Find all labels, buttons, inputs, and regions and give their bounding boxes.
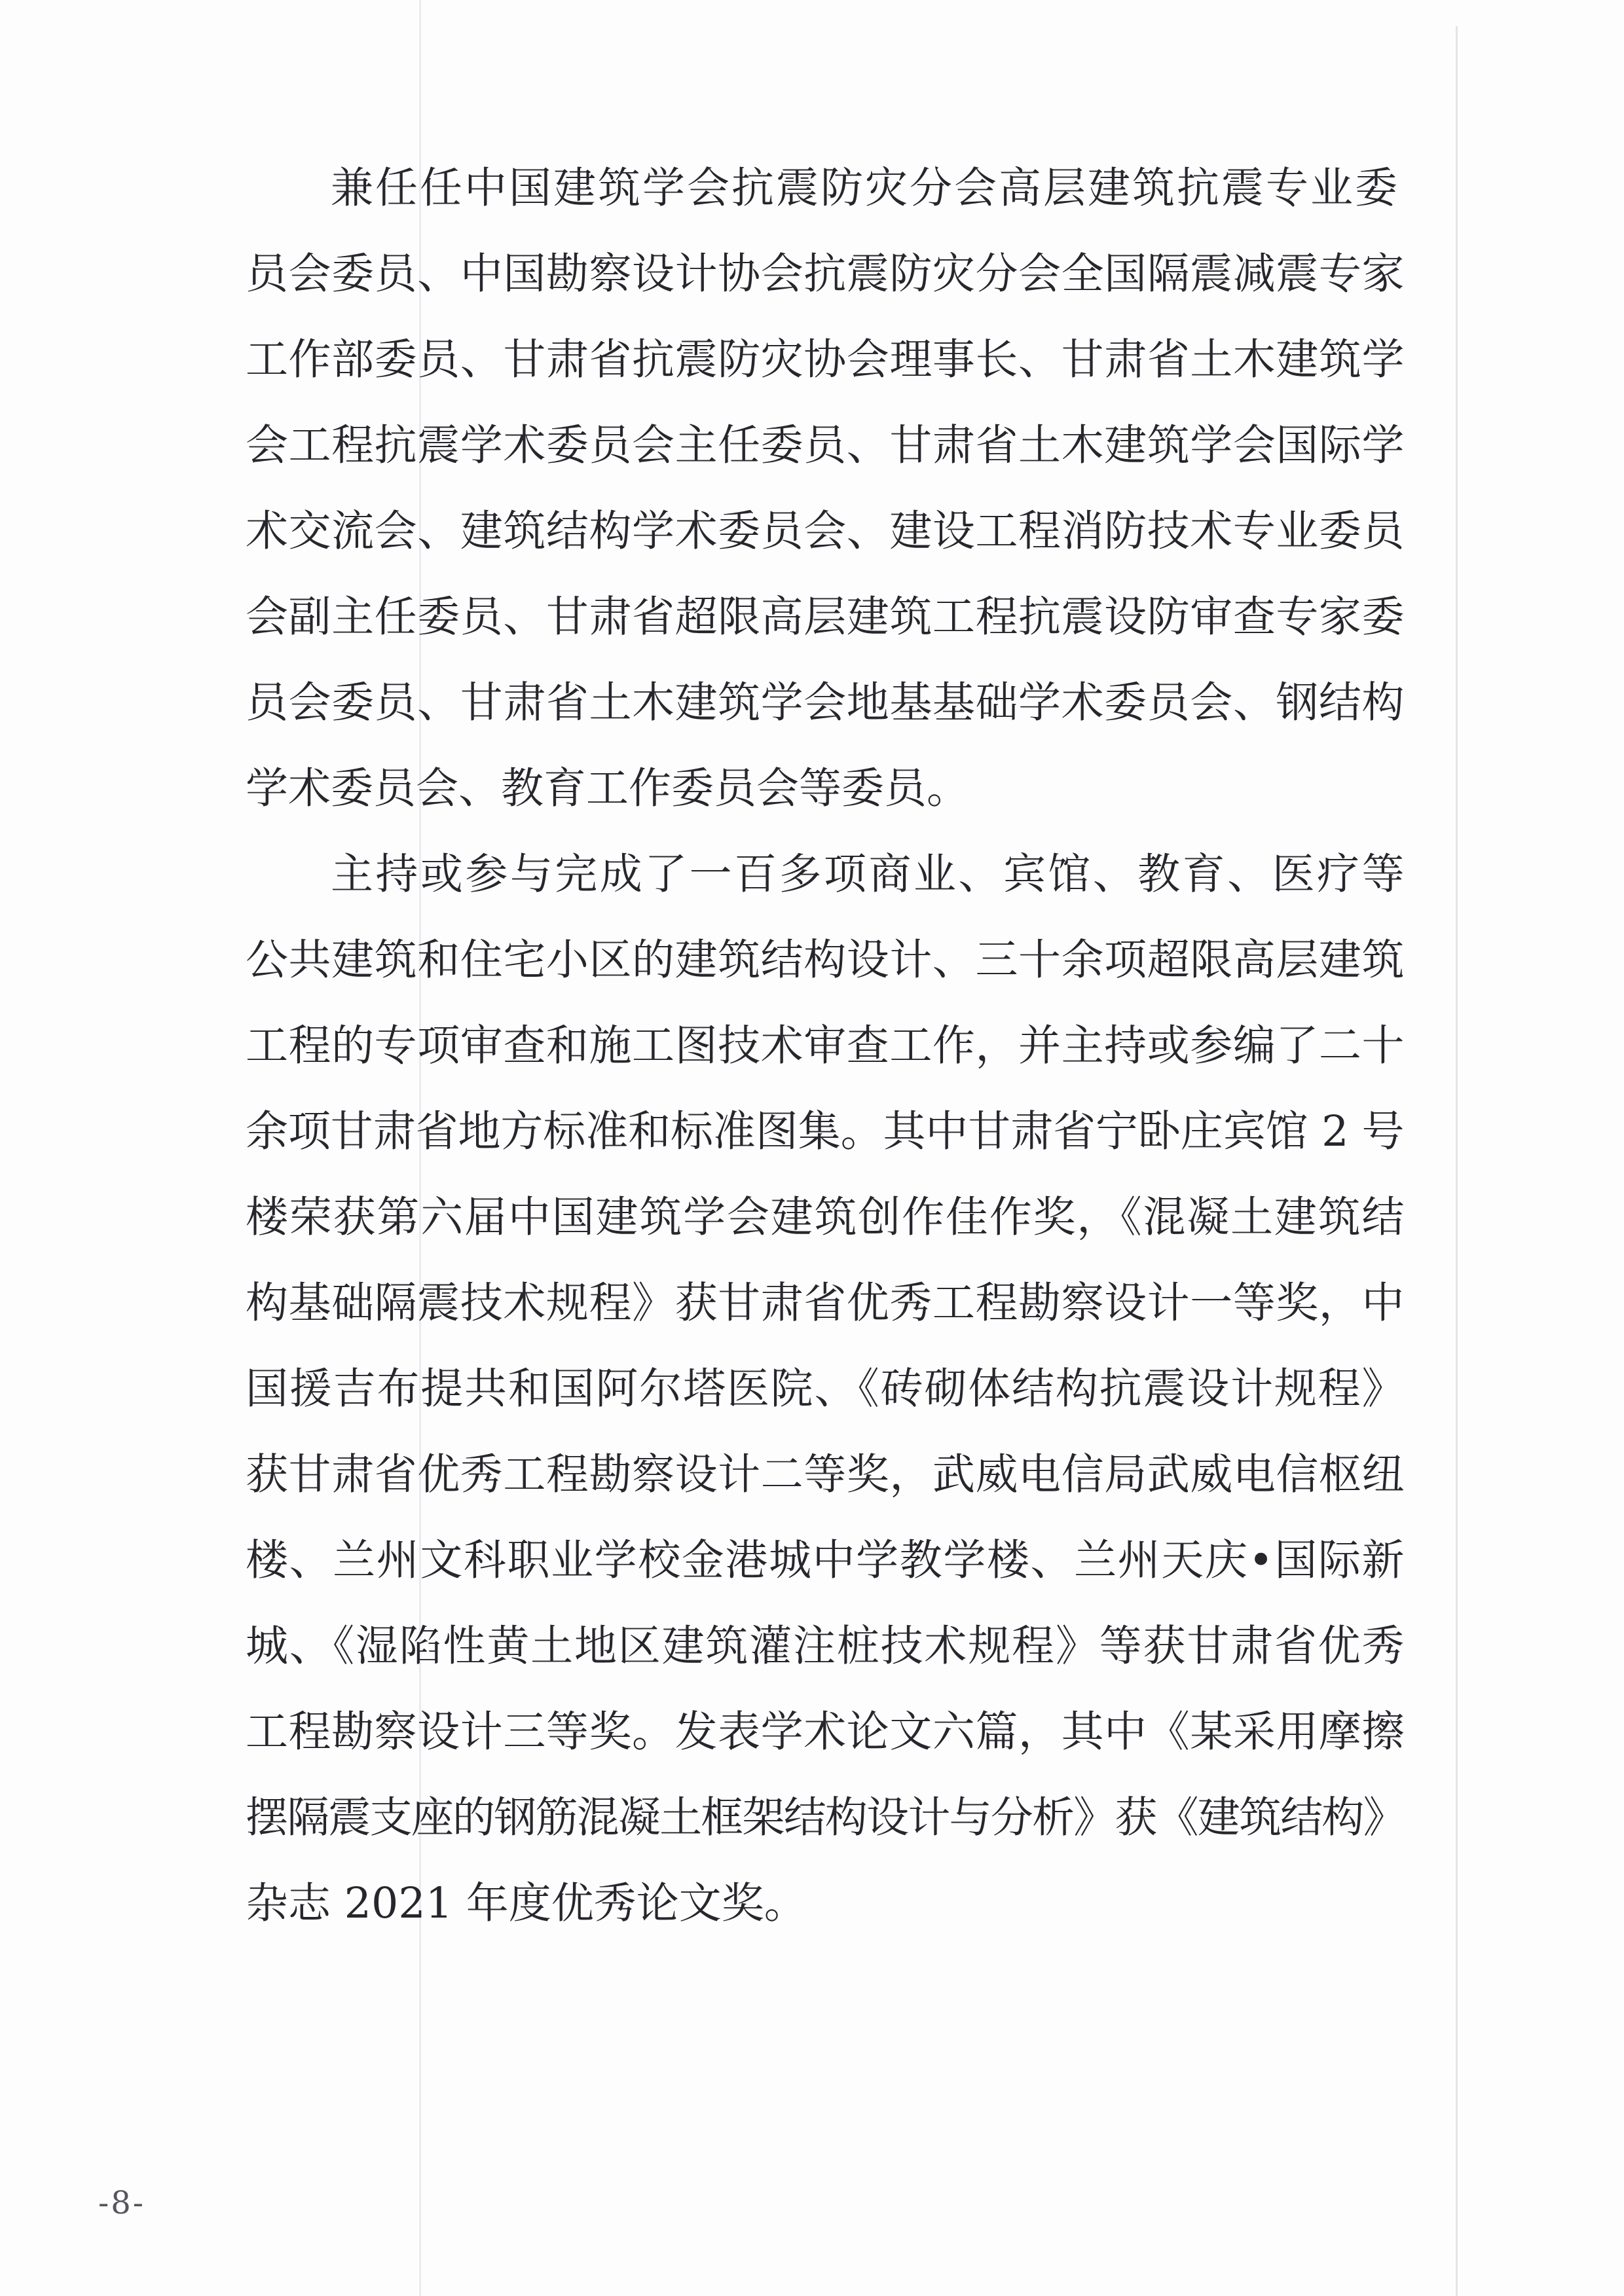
text-line: 摆隔震支座的钢筋混凝土框架结构设计与分析》获《建筑结构》 xyxy=(246,1775,1404,1861)
body-text: 兼任任中国建筑学会抗震防灾分会高层建筑抗震专业委 员会委员、中国勘察设计协会抗震… xyxy=(246,145,1404,1946)
text-line: 城、《湿陷性黄土地区建筑灌注桩技术规程》等获甘肃省优秀 xyxy=(246,1603,1404,1689)
document-page: 兼任任中国建筑学会抗震防灾分会高层建筑抗震专业委 员会委员、中国勘察设计协会抗震… xyxy=(0,0,1624,2296)
text-line: 学术委员会、教育工作委员会等委员。 xyxy=(246,746,1404,831)
text-line: 楼、兰州文科职业学校金港城中学教学楼、兰州天庆•国际新 xyxy=(246,1518,1404,1603)
text-line: 兼任任中国建筑学会抗震防灾分会高层建筑抗震专业委 xyxy=(246,145,1404,231)
text-line: 杂志 2021 年度优秀论文奖。 xyxy=(246,1861,1404,1946)
text-line: 员会委员、甘肃省土木建筑学会地基基础学术委员会、钢结构 xyxy=(246,660,1404,746)
text-line: 工程的专项审查和施工图技术审查工作，并主持或参编了二十 xyxy=(246,1003,1404,1089)
scan-artifact-line-right xyxy=(1456,26,1458,2296)
text-line: 会工程抗震学术委员会主任委员、甘肃省土木建筑学会国际学 xyxy=(246,403,1404,488)
text-line: 构基础隔震技术规程》获甘肃省优秀工程勘察设计一等奖，中 xyxy=(246,1260,1404,1346)
text-line: 获甘肃省优秀工程勘察设计二等奖，武威电信局武威电信枢纽 xyxy=(246,1432,1404,1518)
text-line: 术交流会、建筑结构学术委员会、建设工程消防技术专业委员 xyxy=(246,488,1404,574)
text-line: 员会委员、中国勘察设计协会抗震防灾分会全国隔震减震专家 xyxy=(246,231,1404,317)
text-line: 主持或参与完成了一百多项商业、宾馆、教育、医疗等 xyxy=(246,831,1404,917)
page-number: -8- xyxy=(98,2180,145,2226)
text-line: 余项甘肃省地方标准和标准图集。其中甘肃省宁卧庄宾馆 2 号 xyxy=(246,1089,1404,1175)
text-line: 会副主任委员、甘肃省超限高层建筑工程抗震设防审查专家委 xyxy=(246,574,1404,660)
text-line: 楼荣获第六届中国建筑学会建筑创作佳作奖，《混凝土建筑结 xyxy=(246,1175,1404,1260)
text-line: 工程勘察设计三等奖。发表学术论文六篇，其中《某采用摩擦 xyxy=(246,1689,1404,1775)
text-line: 工作部委员、甘肃省抗震防灾协会理事长、甘肃省土木建筑学 xyxy=(246,317,1404,403)
text-line: 国援吉布提共和国阿尔塔医院、《砖砌体结构抗震设计规程》 xyxy=(246,1346,1404,1432)
text-line: 公共建筑和住宅小区的建筑结构设计、三十余项超限高层建筑 xyxy=(246,917,1404,1003)
